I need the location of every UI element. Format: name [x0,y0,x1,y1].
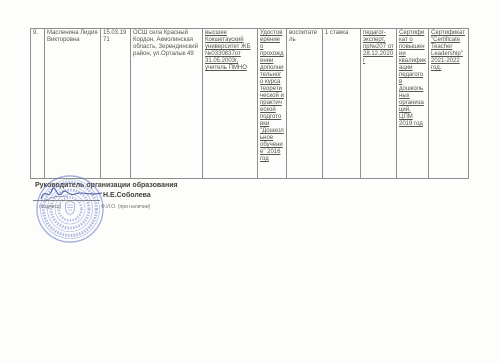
cell-qualification-category: педагог-эксперт, пр№207 от 28.12.2020 г [361,29,397,179]
scanned-document-page: 9. Масленина Лидия Викторовна 15.03.1971… [0,0,500,363]
cell-full-name: Масленина Лидия Викторовна [45,29,101,179]
teacher-record-table: 9. Масленина Лидия Викторовна 15.03.1971… [30,28,469,179]
cell-training-certificate: Сертификат о повышении квалификации педа… [397,29,429,179]
cell-birth-date: 15.03.1971 [101,29,131,179]
cell-row-number: 9. [31,29,45,179]
cell-course-certificate: Удостоверение о прохождении дополнительн… [258,29,287,179]
cell-school-address: ОСШ села Красный Кордон, Акмолинская обл… [131,29,203,179]
cell-education: высшее Кокшетауский университет ЖБ №0330… [203,29,258,179]
table-row: 9. Масленина Лидия Викторовна 15.03.1971… [31,29,469,179]
signatory-name: Н.Е.Соболева [103,192,151,200]
official-round-stamp-icon [35,174,105,244]
cell-leadership-certificate: Сертификат "Certificate Teacher Leadersh… [429,29,469,179]
cell-position: воспитатель [287,29,323,179]
cell-workload: 1 ставка [323,29,361,179]
